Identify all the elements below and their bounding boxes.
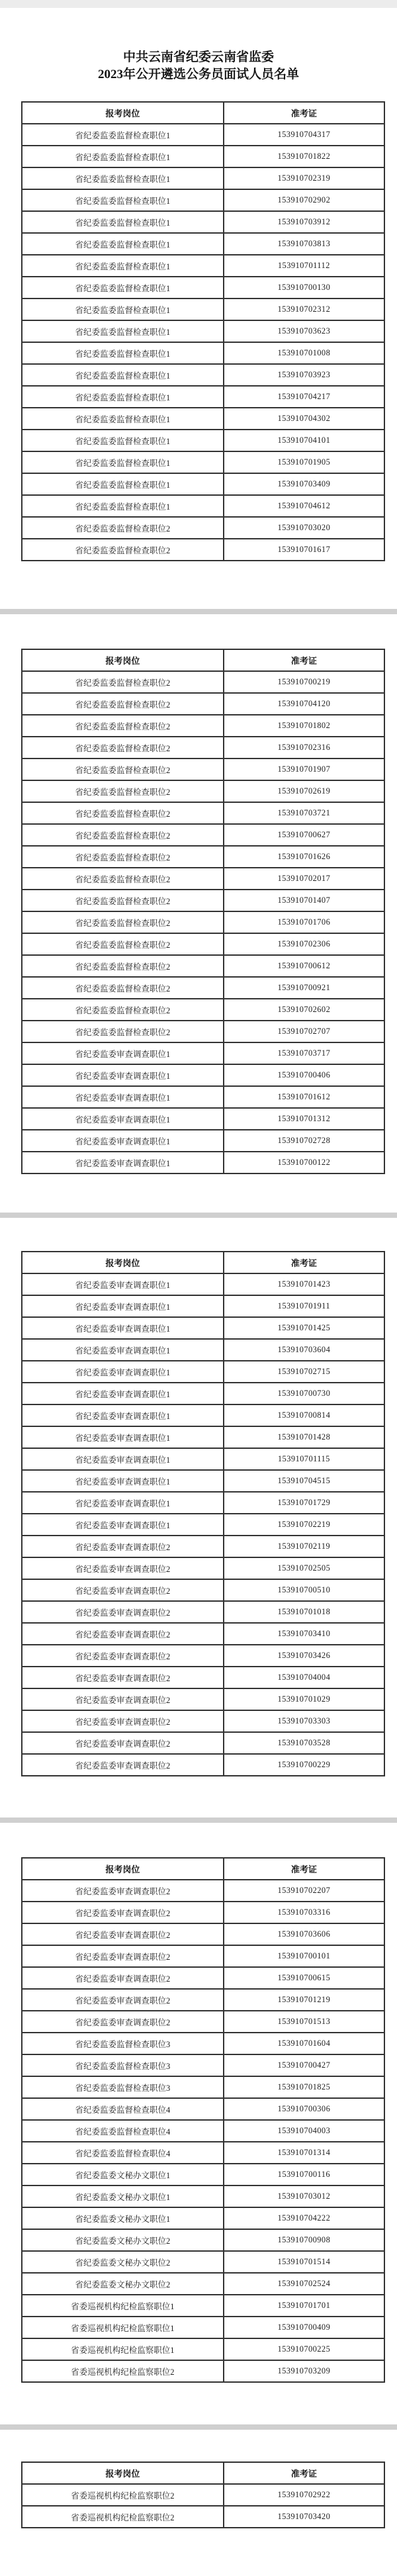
ticket-cell: 153910703606	[224, 1923, 384, 1945]
table-row: 省纪委监委监督检查职位4153910704003	[22, 2120, 384, 2142]
position-cell: 省纪委监委监督检查职位1	[22, 167, 224, 189]
table-row: 省纪委监委审查调查职位2153910701029	[22, 1688, 384, 1710]
col-header-position: 报考岗位	[22, 1858, 224, 1880]
ticket-cell: 153910701802	[224, 715, 384, 737]
table-row: 省纪委监委审查调查职位2153910703316	[22, 1902, 384, 1923]
table-row: 省纪委监委文秘办文职位2153910700908	[22, 2229, 384, 2251]
ticket-cell: 153910701626	[224, 846, 384, 868]
table-row: 省纪委监委审查调查职位1153910701312	[22, 1108, 384, 1130]
ticket-cell: 153910703012	[224, 2185, 384, 2207]
position-cell: 省纪委监委文秘办文职位2	[22, 2251, 224, 2273]
position-cell: 省纪委监委监督检查职位1	[22, 386, 224, 408]
ticket-cell: 153910703528	[224, 1732, 384, 1754]
ticket-cell: 153910704317	[224, 124, 384, 146]
table-row: 省纪委监委审查调查职位2153910700615	[22, 1967, 384, 1989]
table-row: 省纪委监委监督检查职位1153910702902	[22, 189, 384, 211]
col-header-ticket: 准考证	[224, 649, 384, 671]
position-cell: 省纪委监委监督检查职位2	[22, 868, 224, 890]
position-cell: 省纪委监委审查调查职位2	[22, 1536, 224, 1557]
position-cell: 省纪委监委审查调查职位2	[22, 1945, 224, 1967]
ticket-cell: 153910700908	[224, 2229, 384, 2251]
table-header-row: 报考岗位 准考证	[22, 2462, 384, 2484]
position-cell: 省纪委监委审查调查职位2	[22, 1967, 224, 1989]
position-cell: 省纪委监委监督检查职位4	[22, 2120, 224, 2142]
table-row: 省纪委监委监督检查职位2153910700921	[22, 977, 384, 999]
position-cell: 省纪委监委监督检查职位2	[22, 1021, 224, 1042]
ticket-cell: 153910701514	[224, 2251, 384, 2273]
ticket-cell: 153910700406	[224, 1064, 384, 1086]
position-cell: 省纪委监委审查调查职位1	[22, 1152, 224, 1173]
position-cell: 省纪委监委监督检查职位1	[22, 277, 224, 299]
position-cell: 省纪委监委审查调查职位2	[22, 1579, 224, 1601]
ticket-cell: 153910704302	[224, 408, 384, 430]
col-header-position: 报考岗位	[22, 102, 224, 124]
table-row: 省纪委监委审查调查职位1153910701911	[22, 1295, 384, 1317]
page-4: 报考岗位 准考证 省纪委监委审查调查职位2153910702207省纪委监委审查…	[0, 1823, 397, 2424]
position-cell: 省纪委监委审查调查职位1	[22, 1404, 224, 1426]
ticket-cell: 153910702306	[224, 933, 384, 955]
table-row: 省纪委监委审查调查职位2153910702119	[22, 1536, 384, 1557]
ticket-cell: 153910700612	[224, 955, 384, 977]
table-header-row: 报考岗位 准考证	[22, 102, 384, 124]
doc-title-line1: 中共云南省纪委云南省监委	[0, 49, 397, 66]
position-cell: 省纪委监委监督检查职位1	[22, 408, 224, 430]
ticket-cell: 153910701612	[224, 1086, 384, 1108]
table-row: 省纪委监委审查调查职位2153910702207	[22, 1880, 384, 1902]
table-row: 省纪委监委监督检查职位2153910700627	[22, 824, 384, 846]
col-header-ticket: 准考证	[224, 102, 384, 124]
position-cell: 省纪委监委监督检查职位2	[22, 737, 224, 759]
ticket-cell: 153910701008	[224, 342, 384, 364]
ticket-cell: 153910703209	[224, 2360, 384, 2382]
position-cell: 省纪委监委监督检查职位2	[22, 780, 224, 802]
ticket-cell: 153910700116	[224, 2164, 384, 2185]
table-row: 省纪委监委监督检查职位3153910701825	[22, 2076, 384, 2098]
table-row: 省纪委监委监督检查职位3153910700427	[22, 2054, 384, 2076]
page-margin-strip	[0, 0, 397, 8]
position-cell: 省纪委监委监督检查职位2	[22, 999, 224, 1021]
page-3: 报考岗位 准考证 省纪委监委审查调查职位1153910701423省纪委监委审查…	[0, 1218, 397, 1817]
ticket-cell: 153910704003	[224, 2120, 384, 2142]
ticket-cell: 153910704120	[224, 693, 384, 715]
table-row: 省纪委监委监督检查职位2153910702306	[22, 933, 384, 955]
table-row: 省纪委监委监督检查职位2153910701407	[22, 890, 384, 911]
ticket-cell: 153910703303	[224, 1710, 384, 1732]
ticket-cell: 153910702728	[224, 1130, 384, 1152]
page-5: 报考岗位 准考证 省委巡视机构纪检监察职位2153910702922省委巡视机构…	[0, 2430, 397, 2576]
ticket-cell: 153910703721	[224, 802, 384, 824]
table-row: 省纪委监委监督检查职位1153910704612	[22, 495, 384, 517]
table-row: 省纪委监委监督检查职位2153910700219	[22, 671, 384, 693]
ticket-cell: 153910703717	[224, 1042, 384, 1064]
table-row: 省纪委监委文秘办文职位1153910703012	[22, 2185, 384, 2207]
table-row: 省纪委监委审查调查职位1153910701729	[22, 1492, 384, 1514]
roster-body: 省纪委监委监督检查职位1153910704317省纪委监委监督检查职位11539…	[22, 124, 384, 561]
position-cell: 省纪委监委监督检查职位2	[22, 890, 224, 911]
table-row: 省纪委监委监督检查职位1153910704217	[22, 386, 384, 408]
table-row: 省纪委监委审查调查职位1153910700814	[22, 1404, 384, 1426]
table-row: 省纪委监委审查调查职位1153910702219	[22, 1514, 384, 1536]
position-cell: 省纪委监委监督检查职位1	[22, 342, 224, 364]
position-cell: 省纪委监委监督检查职位1	[22, 473, 224, 495]
ticket-cell: 153910704004	[224, 1667, 384, 1688]
table-row: 省纪委监委审查调查职位1153910701423	[22, 1273, 384, 1295]
position-cell: 省纪委监委审查调查职位2	[22, 1557, 224, 1579]
col-header-ticket: 准考证	[224, 1858, 384, 1880]
position-cell: 省纪委监委监督检查职位1	[22, 364, 224, 386]
table-row: 省纪委监委监督检查职位4153910701314	[22, 2142, 384, 2164]
position-cell: 省纪委监委审查调查职位2	[22, 1623, 224, 1645]
table-header-row: 报考岗位 准考证	[22, 649, 384, 671]
table-row: 省纪委监委审查调查职位2153910703426	[22, 1645, 384, 1667]
col-header-position: 报考岗位	[22, 649, 224, 671]
table-row: 省委巡视机构纪检监察职位2153910703420	[22, 2506, 384, 2528]
position-cell: 省纪委监委监督检查职位2	[22, 911, 224, 933]
table-row: 省纪委监委监督检查职位2153910704120	[22, 693, 384, 715]
ticket-cell: 153910702017	[224, 868, 384, 890]
ticket-cell: 153910701825	[224, 2076, 384, 2098]
ticket-cell: 153910700122	[224, 1152, 384, 1173]
position-cell: 省纪委监委监督检查职位3	[22, 2033, 224, 2054]
ticket-cell: 153910702922	[224, 2484, 384, 2506]
ticket-cell: 153910702902	[224, 189, 384, 211]
ticket-cell: 153910701423	[224, 1273, 384, 1295]
ticket-cell: 153910703020	[224, 517, 384, 539]
table-row: 省纪委监委监督检查职位1153910702312	[22, 299, 384, 320]
position-cell: 省纪委监委监督检查职位2	[22, 846, 224, 868]
position-cell: 省纪委监委监督检查职位1	[22, 255, 224, 277]
position-cell: 省纪委监委监督检查职位2	[22, 933, 224, 955]
table-row: 省纪委监委监督检查职位1153910704317	[22, 124, 384, 146]
position-cell: 省纪委监委审查调查职位1	[22, 1492, 224, 1514]
position-cell: 省纪委监委审查调查职位2	[22, 1989, 224, 2011]
ticket-cell: 153910700225	[224, 2338, 384, 2360]
ticket-cell: 153910703420	[224, 2506, 384, 2528]
page-2: 报考岗位 准考证 省纪委监委监督检查职位2153910700219省纪委监委监督…	[0, 614, 397, 1213]
position-cell: 省纪委监委审查调查职位2	[22, 1645, 224, 1667]
ticket-cell: 153910703604	[224, 1339, 384, 1361]
position-cell: 省纪委监委监督检查职位1	[22, 451, 224, 473]
position-cell: 省纪委监委审查调查职位1	[22, 1383, 224, 1404]
position-cell: 省纪委监委审查调查职位1	[22, 1514, 224, 1536]
position-cell: 省纪委监委审查调查职位2	[22, 1710, 224, 1732]
table-row: 省纪委监委监督检查职位1153910703813	[22, 233, 384, 255]
position-cell: 省纪委监委监督检查职位2	[22, 802, 224, 824]
doc-title-line2: 2023年公开遴选公务员面试人员名单	[0, 66, 397, 83]
ticket-cell: 153910700615	[224, 1967, 384, 1989]
position-cell: 省纪委监委监督检查职位2	[22, 539, 224, 561]
roster-table-page-2: 报考岗位 准考证 省纪委监委监督检查职位2153910700219省纪委监委监督…	[21, 649, 385, 1174]
ticket-cell: 153910701604	[224, 2033, 384, 2054]
ticket-cell: 153910700814	[224, 1404, 384, 1426]
table-row: 省纪委监委审查调查职位1153910703717	[22, 1042, 384, 1064]
position-cell: 省纪委监委监督检查职位1	[22, 320, 224, 342]
table-row: 省纪委监委审查调查职位1153910701425	[22, 1317, 384, 1339]
ticket-cell: 153910701115	[224, 1448, 384, 1470]
table-row: 省纪委监委审查调查职位1153910702715	[22, 1361, 384, 1383]
position-cell: 省纪委监委审查调查职位1	[22, 1426, 224, 1448]
table-row: 省纪委监委审查调查职位2153910700101	[22, 1945, 384, 1967]
position-cell: 省纪委监委监督检查职位4	[22, 2142, 224, 2164]
table-row: 省纪委监委监督检查职位1153910702319	[22, 167, 384, 189]
table-row: 省纪委监委审查调查职位2153910704004	[22, 1667, 384, 1688]
ticket-cell: 153910700627	[224, 824, 384, 846]
ticket-cell: 153910701907	[224, 759, 384, 780]
table-row: 省纪委监委文秘办文职位1153910700116	[22, 2164, 384, 2185]
ticket-cell: 153910702524	[224, 2273, 384, 2295]
roster-body: 省纪委监委审查调查职位1153910701423省纪委监委审查调查职位11539…	[22, 1273, 384, 1776]
table-row: 省纪委监委审查调查职位2153910702505	[22, 1557, 384, 1579]
ticket-cell: 153910701407	[224, 890, 384, 911]
ticket-cell: 153910701513	[224, 2011, 384, 2033]
position-cell: 省纪委监委审查调查职位2	[22, 2011, 224, 2033]
ticket-cell: 153910702316	[224, 737, 384, 759]
table-row: 省纪委监委审查调查职位1153910701428	[22, 1426, 384, 1448]
table-row: 省纪委监委审查调查职位2153910701018	[22, 1601, 384, 1623]
table-row: 省委巡视机构纪检监察职位1153910700225	[22, 2338, 384, 2360]
position-cell: 省纪委监委监督检查职位1	[22, 430, 224, 451]
table-row: 省纪委监委监督检查职位2153910701802	[22, 715, 384, 737]
table-row: 省纪委监委监督检查职位2153910703721	[22, 802, 384, 824]
table-row: 省纪委监委监督检查职位1153910701112	[22, 255, 384, 277]
ticket-cell: 153910703912	[224, 211, 384, 233]
table-header-row: 报考岗位 准考证	[22, 1858, 384, 1880]
roster-table-page-1: 报考岗位 准考证 省纪委监委监督检查职位1153910704317省纪委监委监督…	[21, 101, 385, 561]
table-row: 省纪委监委审查调查职位1153910702728	[22, 1130, 384, 1152]
table-row: 省纪委监委审查调查职位2153910701513	[22, 2011, 384, 2033]
ticket-cell: 153910700409	[224, 2317, 384, 2338]
position-cell: 省纪委监委审查调查职位2	[22, 1880, 224, 1902]
position-cell: 省委巡视机构纪检监察职位1	[22, 2317, 224, 2338]
table-row: 省纪委监委监督检查职位1153910703623	[22, 320, 384, 342]
position-cell: 省纪委监委审查调查职位1	[22, 1448, 224, 1470]
ticket-cell: 153910702505	[224, 1557, 384, 1579]
table-row: 省纪委监委监督检查职位1153910701822	[22, 146, 384, 167]
position-cell: 省纪委监委审查调查职位2	[22, 1902, 224, 1923]
position-cell: 省纪委监委审查调查职位2	[22, 1754, 224, 1776]
ticket-cell: 153910700130	[224, 277, 384, 299]
position-cell: 省纪委监委监督检查职位2	[22, 977, 224, 999]
table-row: 省纪委监委监督检查职位1153910703912	[22, 211, 384, 233]
position-cell: 省纪委监委审查调查职位1	[22, 1339, 224, 1361]
ticket-cell: 153910701706	[224, 911, 384, 933]
ticket-cell: 153910702207	[224, 1880, 384, 1902]
table-row: 省纪委监委审查调查职位2153910700510	[22, 1579, 384, 1601]
position-cell: 省纪委监委审查调查职位1	[22, 1130, 224, 1152]
ticket-cell: 153910702707	[224, 1021, 384, 1042]
ticket-cell: 153910703623	[224, 320, 384, 342]
ticket-cell: 153910702319	[224, 167, 384, 189]
document-canvas: 中共云南省纪委云南省监委 2023年公开遴选公务员面试人员名单 报考岗位 准考证…	[0, 0, 397, 2576]
col-header-ticket: 准考证	[224, 1252, 384, 1273]
table-row: 省纪委监委监督检查职位2153910703020	[22, 517, 384, 539]
ticket-cell: 153910703923	[224, 364, 384, 386]
roster-table-page-3: 报考岗位 准考证 省纪委监委审查调查职位1153910701423省纪委监委审查…	[21, 1251, 385, 1776]
table-row: 省纪委监委审查调查职位1153910700122	[22, 1152, 384, 1173]
table-row: 省纪委监委审查调查职位1153910701115	[22, 1448, 384, 1470]
position-cell: 省纪委监委审查调查职位1	[22, 1086, 224, 1108]
position-cell: 省纪委监委监督检查职位2	[22, 517, 224, 539]
ticket-cell: 153910702602	[224, 999, 384, 1021]
position-cell: 省纪委监委文秘办文职位1	[22, 2207, 224, 2229]
ticket-cell: 153910703409	[224, 473, 384, 495]
table-row: 省纪委监委审查调查职位2153910703410	[22, 1623, 384, 1645]
table-row: 省纪委监委文秘办文职位2153910702524	[22, 2273, 384, 2295]
ticket-cell: 153910701701	[224, 2295, 384, 2317]
position-cell: 省纪委监委审查调查职位2	[22, 1601, 224, 1623]
ticket-cell: 153910700229	[224, 1754, 384, 1776]
table-row: 省纪委监委审查调查职位1153910701612	[22, 1086, 384, 1108]
table-row: 省纪委监委监督检查职位2153910701907	[22, 759, 384, 780]
table-row: 省纪委监委审查调查职位2153910703303	[22, 1710, 384, 1732]
position-cell: 省纪委监委文秘办文职位1	[22, 2185, 224, 2207]
position-cell: 省纪委监委审查调查职位2	[22, 1732, 224, 1754]
position-cell: 省纪委监委监督检查职位1	[22, 124, 224, 146]
col-header-position: 报考岗位	[22, 1252, 224, 1273]
table-row: 省委巡视机构纪检监察职位1153910700409	[22, 2317, 384, 2338]
position-cell: 省纪委监委监督检查职位4	[22, 2098, 224, 2120]
table-row: 省纪委监委审查调查职位1153910704515	[22, 1470, 384, 1492]
table-row: 省纪委监委监督检查职位2153910702619	[22, 780, 384, 802]
roster-table-page-5: 报考岗位 准考证 省委巡视机构纪检监察职位2153910702922省委巡视机构…	[21, 2461, 385, 2528]
position-cell: 省纪委监委文秘办文职位2	[22, 2273, 224, 2295]
position-cell: 省纪委监委监督检查职位3	[22, 2076, 224, 2098]
ticket-cell: 153910703410	[224, 1623, 384, 1645]
table-row: 省纪委监委审查调查职位2153910703528	[22, 1732, 384, 1754]
position-cell: 省纪委监委监督检查职位1	[22, 233, 224, 255]
ticket-cell: 153910700921	[224, 977, 384, 999]
position-cell: 省纪委监委文秘办文职位2	[22, 2229, 224, 2251]
table-row: 省纪委监委监督检查职位3153910701604	[22, 2033, 384, 2054]
ticket-cell: 153910702619	[224, 780, 384, 802]
table-row: 省纪委监委监督检查职位2153910701626	[22, 846, 384, 868]
table-row: 省纪委监委监督检查职位2153910700612	[22, 955, 384, 977]
position-cell: 省纪委监委监督检查职位2	[22, 671, 224, 693]
ticket-cell: 153910704217	[224, 386, 384, 408]
ticket-cell: 153910700730	[224, 1383, 384, 1404]
table-row: 省纪委监委审查调查职位1153910700730	[22, 1383, 384, 1404]
table-row: 省纪委监委文秘办文职位2153910701514	[22, 2251, 384, 2273]
table-row: 省纪委监委监督检查职位1153910704101	[22, 430, 384, 451]
roster-table-page-4: 报考岗位 准考证 省纪委监委审查调查职位2153910702207省纪委监委审查…	[21, 1857, 385, 2383]
ticket-cell: 153910703316	[224, 1902, 384, 1923]
col-header-position: 报考岗位	[22, 2462, 224, 2484]
position-cell: 省委巡视机构纪检监察职位1	[22, 2338, 224, 2360]
position-cell: 省纪委监委监督检查职位2	[22, 759, 224, 780]
table-row: 省纪委监委监督检查职位2153910702707	[22, 1021, 384, 1042]
ticket-cell: 153910701911	[224, 1295, 384, 1317]
table-row: 省纪委监委监督检查职位2153910701617	[22, 539, 384, 561]
ticket-cell: 153910702715	[224, 1361, 384, 1383]
table-row: 省纪委监委监督检查职位1153910703923	[22, 364, 384, 386]
position-cell: 省纪委监委审查调查职位1	[22, 1064, 224, 1086]
ticket-cell: 153910703813	[224, 233, 384, 255]
ticket-cell: 153910701029	[224, 1688, 384, 1710]
ticket-cell: 153910703426	[224, 1645, 384, 1667]
position-cell: 省纪委监委审查调查职位1	[22, 1295, 224, 1317]
ticket-cell: 153910700306	[224, 2098, 384, 2120]
ticket-cell: 153910701112	[224, 255, 384, 277]
table-row: 省纪委监委审查调查职位2153910703606	[22, 1923, 384, 1945]
ticket-cell: 153910701729	[224, 1492, 384, 1514]
position-cell: 省纪委监委文秘办文职位1	[22, 2164, 224, 2185]
ticket-cell: 153910701312	[224, 1108, 384, 1130]
page-1: 中共云南省纪委云南省监委 2023年公开遴选公务员面试人员名单 报考岗位 准考证…	[0, 8, 397, 609]
position-cell: 省纪委监委监督检查职位2	[22, 715, 224, 737]
ticket-cell: 153910700427	[224, 2054, 384, 2076]
position-cell: 省纪委监委监督检查职位1	[22, 299, 224, 320]
position-cell: 省纪委监委审查调查职位1	[22, 1273, 224, 1295]
position-cell: 省纪委监委审查调查职位1	[22, 1361, 224, 1383]
table-row: 省纪委监委监督检查职位1153910703409	[22, 473, 384, 495]
table-header-row: 报考岗位 准考证	[22, 1252, 384, 1273]
table-row: 省纪委监委监督检查职位2153910702017	[22, 868, 384, 890]
roster-body: 省纪委监委审查调查职位2153910702207省纪委监委审查调查职位21539…	[22, 1880, 384, 2382]
position-cell: 省纪委监委审查调查职位2	[22, 1923, 224, 1945]
ticket-cell: 153910701617	[224, 539, 384, 561]
table-row: 省纪委监委监督检查职位1153910704302	[22, 408, 384, 430]
table-row: 省纪委监委审查调查职位1153910700406	[22, 1064, 384, 1086]
position-cell: 省纪委监委监督检查职位1	[22, 211, 224, 233]
position-cell: 省纪委监委监督检查职位2	[22, 955, 224, 977]
position-cell: 省纪委监委监督检查职位1	[22, 189, 224, 211]
position-cell: 省纪委监委监督检查职位3	[22, 2054, 224, 2076]
table-row: 省纪委监委监督检查职位1153910700130	[22, 277, 384, 299]
table-row: 省委巡视机构纪检监察职位2153910702922	[22, 2484, 384, 2506]
ticket-cell: 153910701425	[224, 1317, 384, 1339]
table-row: 省纪委监委监督检查职位2153910702602	[22, 999, 384, 1021]
ticket-cell: 153910701018	[224, 1601, 384, 1623]
roster-body: 省委巡视机构纪检监察职位2153910702922省委巡视机构纪检监察职位215…	[22, 2484, 384, 2528]
ticket-cell: 153910701822	[224, 146, 384, 167]
ticket-cell: 153910701314	[224, 2142, 384, 2164]
ticket-cell: 153910702219	[224, 1514, 384, 1536]
ticket-cell: 153910700510	[224, 1579, 384, 1601]
position-cell: 省纪委监委审查调查职位1	[22, 1317, 224, 1339]
position-cell: 省委巡视机构纪检监察职位2	[22, 2506, 224, 2528]
position-cell: 省纪委监委审查调查职位2	[22, 1667, 224, 1688]
position-cell: 省纪委监委监督检查职位1	[22, 495, 224, 517]
ticket-cell: 153910704612	[224, 495, 384, 517]
ticket-cell: 153910700101	[224, 1945, 384, 1967]
position-cell: 省纪委监委审查调查职位1	[22, 1108, 224, 1130]
position-cell: 省纪委监委监督检查职位1	[22, 146, 224, 167]
position-cell: 省纪委监委审查调查职位1	[22, 1042, 224, 1064]
table-row: 省纪委监委审查调查职位1153910703604	[22, 1339, 384, 1361]
roster-body: 省纪委监委监督检查职位2153910700219省纪委监委监督检查职位21539…	[22, 671, 384, 1173]
table-row: 省纪委监委审查调查职位2153910701219	[22, 1989, 384, 2011]
position-cell: 省委巡视机构纪检监察职位2	[22, 2484, 224, 2506]
ticket-cell: 153910702312	[224, 299, 384, 320]
ticket-cell: 153910704222	[224, 2207, 384, 2229]
table-row: 省纪委监委审查调查职位2153910700229	[22, 1754, 384, 1776]
table-row: 省纪委监委监督检查职位4153910700306	[22, 2098, 384, 2120]
table-row: 省纪委监委监督检查职位1153910701008	[22, 342, 384, 364]
ticket-cell: 153910704515	[224, 1470, 384, 1492]
position-cell: 省纪委监委监督检查职位2	[22, 693, 224, 715]
position-cell: 省纪委监委监督检查职位2	[22, 824, 224, 846]
table-row: 省纪委监委监督检查职位1153910701905	[22, 451, 384, 473]
table-row: 省委巡视机构纪检监察职位1153910701701	[22, 2295, 384, 2317]
ticket-cell: 153910701428	[224, 1426, 384, 1448]
table-row: 省纪委监委监督检查职位2153910701706	[22, 911, 384, 933]
ticket-cell: 153910701219	[224, 1989, 384, 2011]
position-cell: 省纪委监委审查调查职位2	[22, 1688, 224, 1710]
table-row: 省纪委监委监督检查职位2153910702316	[22, 737, 384, 759]
table-row: 省纪委监委文秘办文职位1153910704222	[22, 2207, 384, 2229]
ticket-cell: 153910702119	[224, 1536, 384, 1557]
ticket-cell: 153910704101	[224, 430, 384, 451]
